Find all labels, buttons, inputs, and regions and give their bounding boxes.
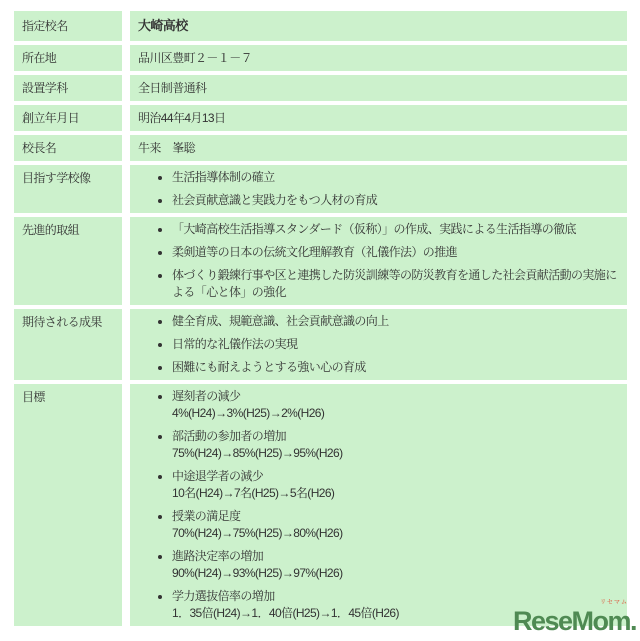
table-row: 設置学科全日制普通科 [14,75,627,101]
row-label: 目標 [14,384,122,626]
row-label: 期待される成果 [14,309,122,380]
bullet-line: 「大崎高校生活指導スタンダード（仮称）」の作成、実践による生活指導の徹底 [172,221,619,238]
bullet-line: 70%(H24)→75%(H25)→80%(H26) [172,525,619,542]
resemom-logo-ruby-text: リセマム [600,600,628,606]
bullet-list: 「大崎高校生活指導スタンダード（仮称）」の作成、実践による生活指導の徹底柔剣道等… [138,221,619,301]
bullet-item: 柔剣道等の日本の伝統文化理解教育（礼儀作法）の推進 [172,244,619,261]
bullet-item: 健全育成、規範意識、社会貢献意識の向上 [172,313,619,330]
table-row: 創立年月日明治44年4月13日 [14,105,627,131]
row-label: 先進的取組 [14,217,122,305]
table-row: 所在地品川区豊町２－１－７ [14,45,627,71]
row-label: 所在地 [14,45,122,71]
bullet-line: 授業の満足度 [172,508,619,525]
bullet-item: 「大崎高校生活指導スタンダード（仮称）」の作成、実践による生活指導の徹底 [172,221,619,238]
row-value: 明治44年4月13日 [130,105,627,131]
row-label: 目指す学校像 [14,165,122,213]
bullet-list: 健全育成、規範意識、社会貢献意識の向上日常的な礼儀作法の実現困難にも耐えようとす… [138,313,619,376]
table-row: 目標遅刻者の減少4%(H24)→3%(H25)→2%(H26)部活動の参加者の増… [14,384,627,626]
bullet-line: 社会貢献意識と実践力をもつ人材の育成 [172,192,619,209]
row-value: 生活指導体制の確立社会貢献意識と実践力をもつ人材の育成 [130,165,627,213]
bullet-line: 90%(H24)→93%(H25)→97%(H26) [172,565,619,582]
row-value: 大崎高校 [130,11,627,41]
row-label: 設置学科 [14,75,122,101]
table-row: 期待される成果健全育成、規範意識、社会貢献意識の向上日常的な礼儀作法の実現困難に… [14,309,627,380]
bullet-line: 75%(H24)→85%(H25)→95%(H26) [172,445,619,462]
row-label: 校長名 [14,135,122,161]
row-value-text: 牛来 峯聡 [138,141,195,155]
school-info-table: 指定校名大崎高校所在地品川区豊町２－１－７設置学科全日制普通科創立年月日明治44… [6,7,635,630]
bullet-line: 遅刻者の減少 [172,388,619,405]
bullet-line: 10名(H24)→7名(H25)→5名(H26) [172,485,619,502]
bullet-item: 進路決定率の増加90%(H24)→93%(H25)→97%(H26) [172,548,619,582]
row-value-text: 全日制普通科 [138,81,206,95]
bullet-line: 部活動の参加者の増加 [172,428,619,445]
table-row: 校長名牛来 峯聡 [14,135,627,161]
bullet-item: 遅刻者の減少4%(H24)→3%(H25)→2%(H26) [172,388,619,422]
row-value: 健全育成、規範意識、社会貢献意識の向上日常的な礼儀作法の実現困難にも耐えようとす… [130,309,627,380]
bullet-item: 生活指導体制の確立 [172,169,619,186]
bullet-line: 4%(H24)→3%(H25)→2%(H26) [172,405,619,422]
bullet-line: 健全育成、規範意識、社会貢献意識の向上 [172,313,619,330]
row-value: 牛来 峯聡 [130,135,627,161]
bullet-line: 進路決定率の増加 [172,548,619,565]
bullet-item: 部活動の参加者の増加75%(H24)→85%(H25)→95%(H26) [172,428,619,462]
table-body: 指定校名大崎高校所在地品川区豊町２－１－７設置学科全日制普通科創立年月日明治44… [14,11,627,626]
row-label: 創立年月日 [14,105,122,131]
bullet-item: 体づくり鍛練行事や区と連携した防災訓練等の防災教育を通した社会貢献活動の実施によ… [172,267,619,301]
resemom-logo: リセマム ReseMom. [506,600,636,638]
bullet-item: 困難にも耐えようとする強い心の育成 [172,359,619,376]
table-row: 先進的取組「大崎高校生活指導スタンダード（仮称）」の作成、実践による生活指導の徹… [14,217,627,305]
bullet-list: 遅刻者の減少4%(H24)→3%(H25)→2%(H26)部活動の参加者の増加7… [138,388,619,622]
bullet-line: 日常的な礼儀作法の実現 [172,336,619,353]
bullet-item: 社会貢献意識と実践力をもつ人材の育成 [172,192,619,209]
row-value-text: 明治44年4月13日 [138,111,225,125]
bullet-line: 柔剣道等の日本の伝統文化理解教育（礼儀作法）の推進 [172,244,619,261]
row-value: 「大崎高校生活指導スタンダード（仮称）」の作成、実践による生活指導の徹底柔剣道等… [130,217,627,305]
bullet-line: 困難にも耐えようとする強い心の育成 [172,359,619,376]
row-value-text: 品川区豊町２－１－７ [138,51,252,65]
row-value-text: 大崎高校 [138,18,188,33]
row-value: 遅刻者の減少4%(H24)→3%(H25)→2%(H26)部活動の参加者の増加7… [130,384,627,626]
bullet-item: 中途退学者の減少10名(H24)→7名(H25)→5名(H26) [172,468,619,502]
page: 指定校名大崎高校所在地品川区豊町２－１－７設置学科全日制普通科創立年月日明治44… [0,0,640,641]
bullet-line: 中途退学者の減少 [172,468,619,485]
row-label: 指定校名 [14,11,122,41]
bullet-item: 日常的な礼儀作法の実現 [172,336,619,353]
table-row: 目指す学校像生活指導体制の確立社会貢献意識と実践力をもつ人材の育成 [14,165,627,213]
table-row: 指定校名大崎高校 [14,11,627,41]
row-value: 品川区豊町２－１－７ [130,45,627,71]
row-value: 全日制普通科 [130,75,627,101]
bullet-line: 生活指導体制の確立 [172,169,619,186]
bullet-line: 体づくり鍛練行事や区と連携した防災訓練等の防災教育を通した社会貢献活動の実施によ… [172,267,619,301]
bullet-list: 生活指導体制の確立社会貢献意識と実践力をもつ人材の育成 [138,169,619,209]
bullet-item: 授業の満足度70%(H24)→75%(H25)→80%(H26) [172,508,619,542]
